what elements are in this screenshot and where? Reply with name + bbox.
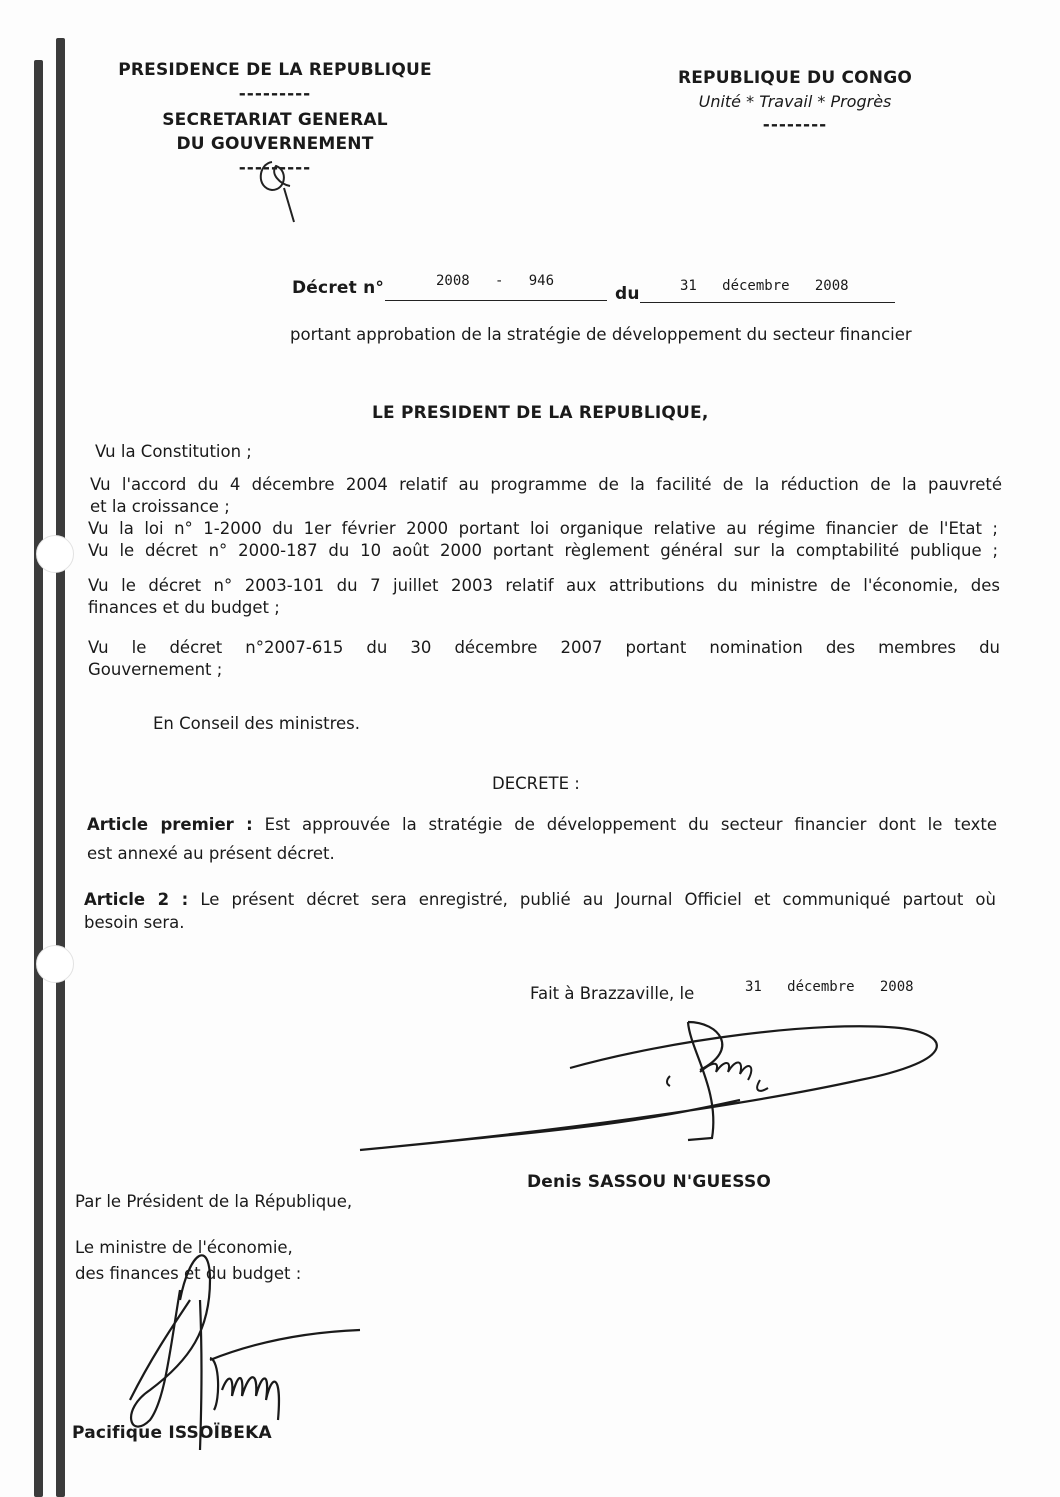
place-label: Fait à Brazzaville, le — [530, 984, 694, 1003]
council-line: En Conseil des ministres. — [153, 714, 360, 733]
government-title: DU GOUVERNEMENT — [100, 134, 450, 154]
visa-line: Vu le décret n° 2003-101 du 7 juillet 20… — [88, 576, 1000, 595]
article-text: Est approuvée la stratégie de développem… — [265, 815, 997, 834]
visa-line: Vu le décret n° 2000-187 du 10 août 2000… — [88, 541, 998, 560]
article-2: Article 2 : Le présent décret sera enreg… — [84, 890, 996, 909]
article-text: Le présent décret sera enregistré, publi… — [200, 890, 996, 909]
visa-line: Vu l'accord du 4 décembre 2004 relatif a… — [90, 475, 1002, 494]
initial-mark-icon — [250, 160, 310, 230]
president-signature-icon — [340, 1010, 940, 1160]
country-title: REPUBLIQUE DU CONGO — [650, 68, 940, 88]
decree-subject: portant approbation de la stratégie de d… — [290, 325, 912, 344]
punch-hole — [36, 535, 74, 573]
article-label: Article 2 : — [84, 890, 188, 909]
motto: Unité * Travail * Progrès — [650, 92, 940, 111]
president-name: Denis SASSOU N'GUESSO — [527, 1172, 771, 1192]
minister-name: Pacifique ISSOÏBEKA — [72, 1423, 272, 1443]
visa-line: finances et du budget ; — [88, 598, 280, 617]
secretariat-title: SECRETARIAT GENERAL — [100, 110, 450, 130]
separator: -------- — [650, 115, 940, 135]
decree-date: 31 décembre 2008 — [680, 278, 849, 294]
decree-date-underline — [640, 302, 895, 303]
binder-bar-outer — [34, 60, 43, 1497]
minister-signature-icon — [110, 1240, 380, 1450]
decree-du-label: du — [615, 284, 640, 304]
visa-line: Gouvernement ; — [88, 660, 222, 679]
decree-label: Décret n° — [292, 278, 384, 298]
visa-line: et la croissance ; — [90, 497, 230, 516]
decree-number: 2008 - 946 — [436, 273, 554, 289]
punch-hole — [36, 945, 74, 983]
article-2-cont: besoin sera. — [84, 913, 185, 932]
visa-line: Vu la loi n° 1-2000 du 1er février 2000 … — [88, 519, 998, 538]
president-heading: LE PRESIDENT DE LA REPUBLIQUE, — [372, 403, 709, 423]
place-date: 31 décembre 2008 — [745, 979, 914, 995]
article-premier: Article premier : Est approuvée la strat… — [87, 815, 997, 834]
article-premier-cont: est annexé au présent décret. — [87, 844, 335, 863]
separator: --------- — [100, 84, 450, 104]
header-right: REPUBLIQUE DU CONGO Unité * Travail * Pr… — [650, 68, 940, 135]
visa-line: Vu le décret n°2007-615 du 30 décembre 2… — [88, 638, 1000, 657]
decrete-heading: DECRETE : — [492, 774, 580, 793]
visa-line: Vu la Constitution ; — [95, 442, 252, 461]
decree-number-underline — [385, 300, 607, 301]
article-label: Article premier : — [87, 815, 253, 834]
binder-bar-inner — [56, 38, 65, 1497]
presidency-title: PRESIDENCE DE LA REPUBLIQUE — [100, 60, 450, 80]
countersign-line: Par le Président de la République, — [75, 1192, 352, 1211]
